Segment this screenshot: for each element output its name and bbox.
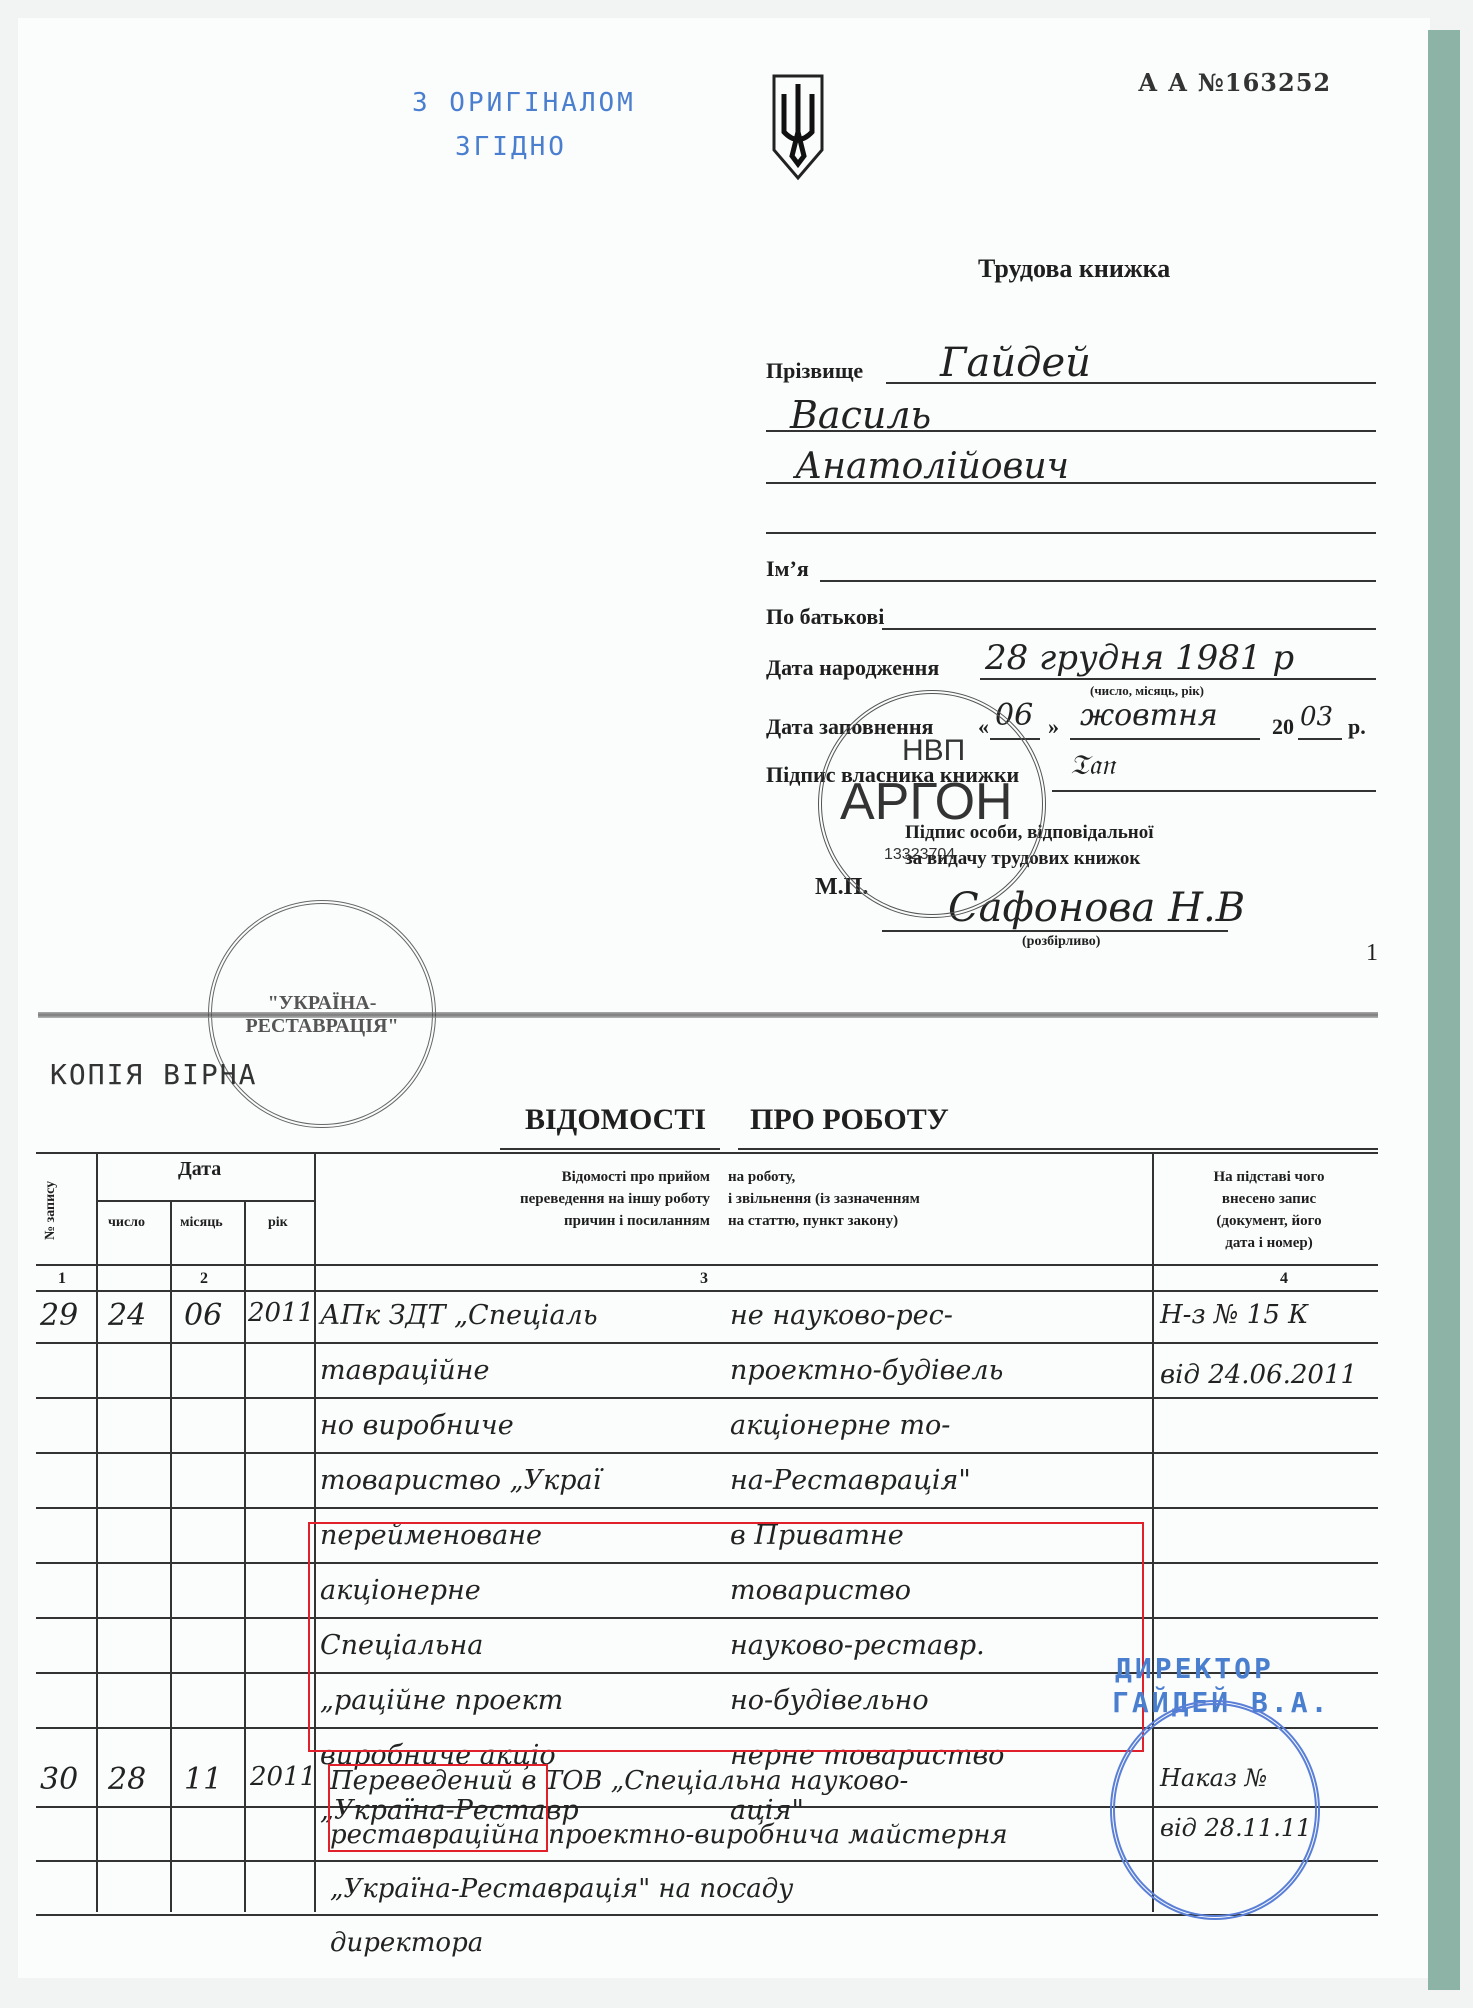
header-date: Дата: [178, 1158, 221, 1180]
header-basis: На підставі чого внесено запис (документ…: [1160, 1166, 1378, 1254]
fill-year-suffix: 03: [1300, 702, 1333, 732]
patronymic-label: По батькові: [766, 604, 884, 630]
surname-label: Прізвище: [766, 358, 863, 384]
header-month: місяць: [180, 1212, 223, 1234]
col-number-3: 3: [700, 1268, 708, 1290]
header-year: рік: [268, 1212, 288, 1234]
entry-29-basis-1: Н-з № 15 К: [1160, 1300, 1308, 1330]
highlight-box-renaming: [308, 1522, 1144, 1752]
entry-29-line-left: но виробниче: [320, 1410, 514, 1441]
entry-29-year: 2011: [248, 1298, 314, 1328]
highlight-box-transferred: [328, 1764, 548, 1852]
document-title: Трудова книжка: [978, 254, 1170, 284]
col-number-2: 2: [200, 1268, 208, 1290]
birth-date-hint: (число, місяць, рік): [1090, 683, 1204, 699]
fill-year-unit: р.: [1348, 714, 1366, 740]
quote-close: »: [1048, 714, 1059, 740]
entry-29-line-right: проектно-будівель: [730, 1355, 1003, 1386]
entry-29-line-left: товариство „Украї: [320, 1465, 601, 1496]
entry-29-line-right: на-Реставрація": [730, 1465, 971, 1496]
fold-line: [38, 1012, 1378, 1018]
director-stamp-line1: ДИРЕКТОР: [1115, 1652, 1274, 1685]
entry-29-month: 06: [184, 1298, 222, 1333]
trident-coat-of-arms-icon: [770, 72, 826, 182]
entry-29-line-left: АПк ЗДТ „Спеціаль: [320, 1300, 598, 1331]
argon-stamp: НВП АРГОН 13323704: [818, 690, 1046, 918]
col-number-4: 4: [1280, 1268, 1288, 1290]
argon-stamp-top: НВП: [902, 734, 965, 768]
entry-30-year: 2011: [250, 1762, 316, 1792]
entry-30-day: 28: [108, 1762, 146, 1797]
owner-signature: 𝔗𝔞𝔫: [1070, 748, 1115, 782]
legible-hint: (розбірливо): [1022, 934, 1100, 950]
col-number-1: 1: [58, 1268, 66, 1290]
document-serial-number: А А №163252: [1138, 68, 1331, 97]
section-title-right: ПРО РОБОТУ: [750, 1103, 949, 1137]
argon-stamp-center: АРГОН: [840, 772, 1013, 832]
entry-29-day: 24: [108, 1298, 146, 1333]
page-number: 1: [1366, 940, 1378, 967]
entry-29-line-right: акціонерне то-: [730, 1410, 950, 1441]
header-entry-number: № запису: [40, 1181, 62, 1240]
certified-stamp-line2: ЗГІДНО: [455, 132, 567, 162]
header-info-left: Відомості про прийом переведення на іншу…: [420, 1166, 710, 1232]
certified-stamp-line1: З ОРИГІНАЛОМ: [412, 88, 636, 118]
fill-month-value: жовтня: [1080, 698, 1218, 733]
fill-year-prefix: 20: [1272, 714, 1294, 740]
birth-date-label: Дата народження: [766, 655, 939, 681]
argon-stamp-code: 13323704: [884, 846, 955, 864]
entry-29-basis-2: від 24.06.2011: [1160, 1360, 1357, 1390]
book-cover-edge: [1428, 30, 1460, 1990]
entry-30-number: 30: [40, 1762, 78, 1797]
entry-30-line: директора: [330, 1928, 483, 1958]
entry-29-line-left: тавраційне: [320, 1355, 489, 1386]
company-blue-stamp: [1110, 1700, 1320, 1920]
patronymic-line-value: Анатолійович: [795, 446, 1069, 487]
name-label: Ім’я: [766, 556, 809, 582]
entry-30-month: 11: [184, 1762, 222, 1797]
section-title-left: ВІДОМОСТІ: [525, 1103, 706, 1137]
birth-date-value: 28 грудня 1981 р: [985, 638, 1294, 678]
entry-29-number: 29: [40, 1298, 78, 1333]
header-day: число: [108, 1212, 145, 1234]
header-info-right: на роботу, і звільнення (із зазначенням …: [728, 1166, 1028, 1232]
entry-29-line-right: не науково-рес-: [730, 1300, 953, 1331]
entry-30-line: „Україна-Реставрація" на посаду: [330, 1874, 793, 1904]
surname-value: Гайдей: [940, 340, 1091, 386]
copy-true-stamp: КОПІЯ ВІРНА: [50, 1058, 257, 1091]
